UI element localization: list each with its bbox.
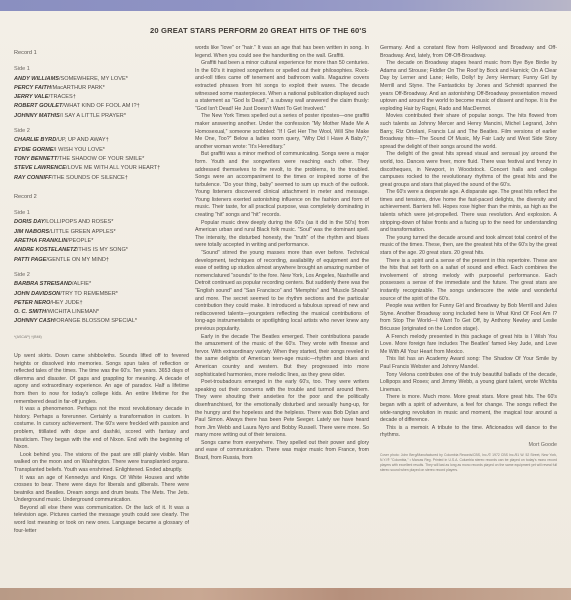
side-block: Side 2CHARLIE BYRD/UP, UP AND AWAY†EYDIE…	[14, 127, 190, 183]
track-row: ANDY WILLIAMS/SOMEWHERE, MY LOVE*	[14, 75, 190, 84]
track-artist: JOHNNY CASH	[14, 318, 55, 324]
side-block: Side 2BARBRA STREISAND/ALFIE*JOHN DAVIDS…	[14, 271, 190, 327]
track-row: ANDRE KOSTELANETZ/THIS IS MY SONG*	[14, 246, 190, 255]
essay-paragraph: The young turned the decade around and t…	[380, 235, 557, 258]
track-row: BARBRA STREISAND/ALFIE*	[14, 280, 190, 289]
side-label: Side 2	[14, 271, 190, 280]
track-row: JERRY VALE/TRACES†	[14, 93, 190, 102]
track-row: JOHNNY MATHIS/I SAY A LITTLE PRAYER*	[14, 112, 190, 121]
essay-paragraph: Early in the decade The Beatles emerged.…	[195, 334, 369, 380]
track-row: ARETHA FRANKLIN/PEOPLE*	[14, 237, 190, 246]
track-song: ORANGE BLOSSOM SPECIAL*	[56, 318, 137, 324]
essay-paragraph: Tony Velona contributes one of the truly…	[380, 372, 557, 395]
licensing-footnote: *(ASCAP) †(BMI)	[14, 333, 190, 342]
track-row: STEVE LAWRENCE/LOVE ME WITH ALL YOUR HEA…	[14, 164, 190, 173]
track-song: HEY JUDE†	[52, 300, 83, 306]
side-label: Side 2	[14, 127, 190, 136]
essay-paragraph: Look behind you. The visions of the past…	[14, 452, 189, 475]
track-artist: EYDIE GORME	[14, 147, 53, 153]
track-song: LOLLIPOPS AND ROSES*	[46, 219, 113, 225]
essay-paragraph: The delight of the great hits spread vis…	[380, 151, 557, 189]
track-song: WICHITA LINEMAN*	[48, 309, 100, 315]
track-row: PERCY FAITH/MacARTHUR PARK*	[14, 84, 190, 93]
essay-paragraph: This is a memoir. A tribute to the time.…	[380, 425, 557, 440]
essay-paragraph: Graffiti had been a minor cultural exper…	[195, 60, 369, 113]
track-song: THE SHADOW OF YOUR SMILE*	[59, 156, 144, 162]
essay-paragraph: There is more. Much more. More great sta…	[380, 394, 557, 424]
side-label: Side 1	[14, 209, 190, 218]
essay-paragraph: People was written for Funny Girl and Br…	[380, 303, 557, 333]
top-color-band	[0, 0, 571, 11]
track-song: THE SOUNDS OF SILENCE†	[53, 175, 128, 181]
author-signature: Mort Goode	[380, 442, 557, 450]
track-artist: CHARLIE BYRD	[14, 137, 56, 143]
track-row: EYDIE GORME/I WISH YOU LOVE*	[14, 146, 190, 155]
bottom-color-band	[0, 588, 571, 600]
track-row: JOHN DAVIDSON/TRY TO REMEMBER*	[14, 290, 190, 299]
essay-paragraph: Poet-troubadours emerged in the early 60…	[195, 379, 369, 440]
record-label: Record 1	[14, 49, 190, 58]
track-song: TRY TO REMEMBER*	[62, 291, 118, 297]
side-block: Side 1DORIS DAY/LOLLIPOPS AND ROSES*JIM …	[14, 209, 190, 265]
record-block: Record 2Side 1DORIS DAY/LOLLIPOPS AND RO…	[14, 193, 190, 342]
track-artist: TONY BENNETT	[14, 156, 57, 162]
track-artist: ROBERT GOULET	[14, 103, 62, 109]
track-artist: JERRY VALE	[14, 94, 49, 100]
track-row: TONY BENNETT/THE SHADOW OF YOUR SMILE*	[14, 155, 190, 164]
track-row: JOHNNY CASH/ORANGE BLOSSOM SPECIAL*	[14, 317, 190, 326]
track-song: GENTLE ON MY MIND†	[48, 257, 109, 263]
track-song: ALFIE*	[73, 281, 91, 287]
track-artist: ANDY WILLIAMS	[14, 76, 59, 82]
essay-paragraph: It was an age of Kennedys and Kings. Of …	[14, 475, 189, 505]
track-artist: STEVE LAWRENCE	[14, 165, 66, 171]
track-song: I WISH YOU LOVE*	[55, 147, 105, 153]
track-song: SOMEWHERE, MY LOVE*	[61, 76, 128, 82]
essay-paragraph: This list has an Academy Award song: The…	[380, 356, 557, 371]
track-artist: PETER NERO	[14, 300, 50, 306]
essay-paragraph: words like “love” or “hair.” It was an a…	[195, 45, 369, 60]
track-row: JIM NABORS/LITTLE GREEN APPLES*	[14, 228, 190, 237]
track-row: PATTI PAGE/GENTLE ON MY MIND†	[14, 256, 190, 265]
track-song: LOVE ME WITH ALL YOUR HEART†	[67, 165, 160, 171]
track-song: LITTLE GREEN APPLES*	[51, 229, 116, 235]
track-song: THIS IS MY SONG*	[78, 247, 128, 253]
track-song: TRACES†	[50, 94, 76, 100]
track-artist: JOHN DAVIDSON	[14, 291, 60, 297]
essay-paragraph: The decade on Broadway stages heard musi…	[380, 60, 557, 113]
track-artist: PERCY FAITH	[14, 85, 51, 91]
track-song: PEOPLE*	[69, 238, 94, 244]
track-row: ROBERT GOULET/WHAT KIND OF FOOL AM I?†	[14, 102, 190, 111]
essay-paragraph: Movies contributed their share of popula…	[380, 113, 557, 151]
track-artist: JOHNNY MATHIS	[14, 113, 60, 119]
essay-paragraph: The New York Times spelled out a series …	[195, 113, 369, 151]
track-artist: RAY CONNIFF	[14, 175, 52, 181]
essay-paragraph: The 60's were a desperate age. A dispara…	[380, 189, 557, 235]
track-row: O. C. SMITH/WICHITA LINEMAN*	[14, 308, 190, 317]
essay-paragraph: It was a phenomenon. Perhaps not the mos…	[14, 406, 189, 452]
essay-paragraph: Popular music drew deeply during the 60'…	[195, 220, 369, 250]
track-artist: BARBRA STREISAND	[14, 281, 72, 287]
track-artist: ARETHA FRANKLIN	[14, 238, 67, 244]
essay-paragraph: There is a spirit and a sense of the pre…	[380, 258, 557, 304]
record-label: Record 2	[14, 193, 190, 202]
track-row: RAY CONNIFF/THE SOUNDS OF SILENCE†	[14, 174, 190, 183]
essay-paragraph: Germany. And a constant flow from Hollyw…	[380, 45, 557, 60]
track-song: I SAY A LITTLE PRAYER*	[61, 113, 126, 119]
tracklist: Record 1Side 1ANDY WILLIAMS/SOMEWHERE, M…	[14, 49, 190, 352]
track-row: CHARLIE BYRD/UP, UP AND AWAY†	[14, 136, 190, 145]
side-block: Side 1ANDY WILLIAMS/SOMEWHERE, MY LOVE*P…	[14, 65, 190, 121]
credits-fine-print: Cover photo: John Berg/Manufactured by C…	[380, 453, 557, 473]
track-artist: JIM NABORS	[14, 229, 49, 235]
essay-paragraph: Beyond all else there was communication.…	[14, 505, 189, 535]
track-song: UP, UP AND AWAY†	[58, 137, 109, 143]
track-artist: DORIS DAY	[14, 219, 45, 225]
essay-column-2: words like “love” or “hair.” It was an a…	[195, 45, 369, 463]
essay-column-1: Up went skirts. Down came shibboleths. S…	[14, 353, 189, 535]
track-song: MacARTHUR PARK*	[52, 85, 104, 91]
essay-column-3: Germany. And a constant flow from Hollyw…	[380, 45, 557, 473]
essay-paragraph: But graffiti was a minor method of commu…	[195, 151, 369, 219]
page-title: 20 GREAT STARS PERFORM 20 GREAT HITS OF …	[150, 26, 450, 35]
track-song: WHAT KIND OF FOOL AM I?†	[64, 103, 140, 109]
track-row: PETER NERO/HEY JUDE†	[14, 299, 190, 308]
side-label: Side 1	[14, 65, 190, 74]
record-block: Record 1Side 1ANDY WILLIAMS/SOMEWHERE, M…	[14, 49, 190, 183]
track-artist: PATTI PAGE	[14, 257, 46, 263]
essay-paragraph: Songs came from everywhere. They spelled…	[195, 440, 369, 463]
track-artist: O. C. SMITH	[14, 309, 46, 315]
essay-paragraph: “Sound” stirred the young masses more th…	[195, 250, 369, 334]
essay-paragraph: A French melody presented in this packag…	[380, 334, 557, 357]
essay-paragraph: Up went skirts. Down came shibboleths. S…	[14, 353, 189, 406]
track-artist: ANDRE KOSTELANETZ	[14, 247, 77, 253]
track-row: DORIS DAY/LOLLIPOPS AND ROSES*	[14, 218, 190, 227]
